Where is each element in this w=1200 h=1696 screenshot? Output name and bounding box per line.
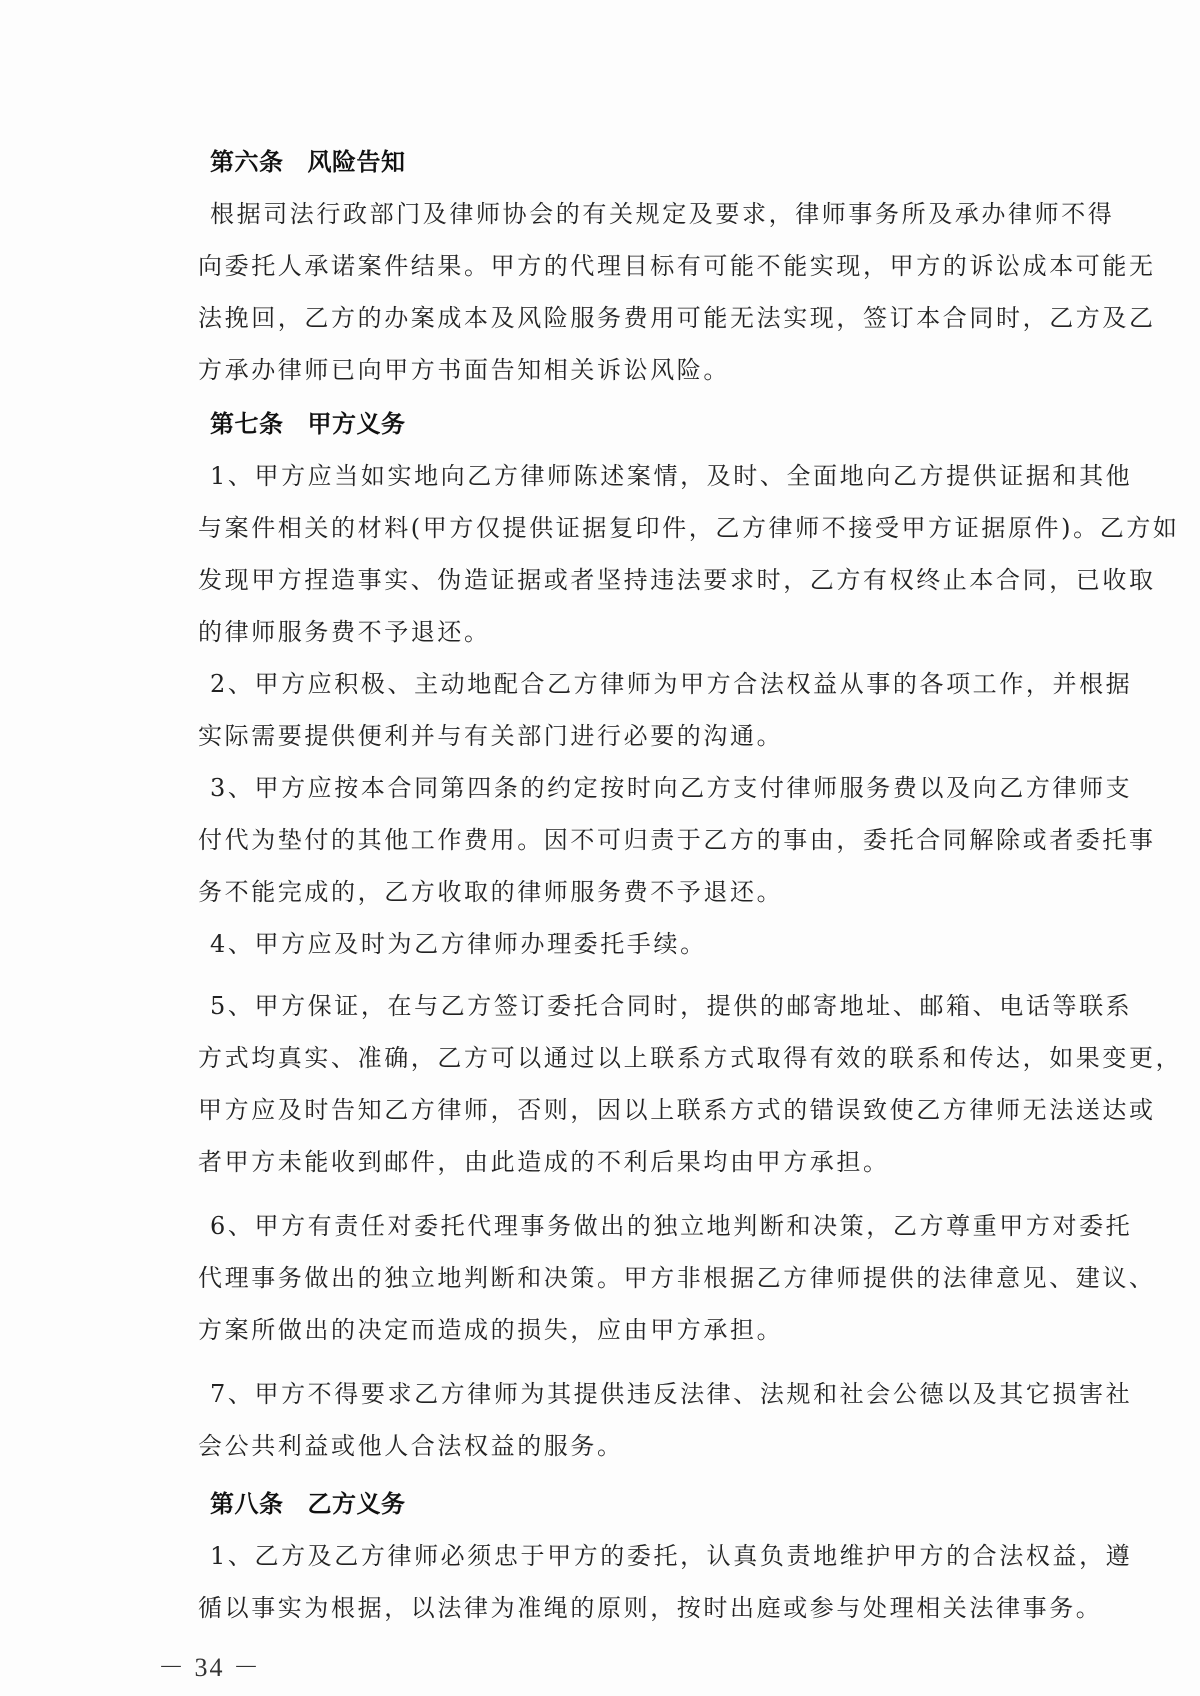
paragraph-line: 务不能完成的，乙方收取的律师服务费不予退还。 (198, 876, 1036, 908)
paragraph-line: 1、甲方应当如实地向乙方律师陈述案情，及时、全面地向乙方提供证据和其他 (210, 460, 1048, 492)
paragraph-line: 方承办律师已向甲方书面告知相关诉讼风险。 (198, 354, 1036, 386)
paragraph-line: 发现甲方捏造事实、伪造证据或者坚持违法要求时，乙方有权终止本合同，已收取 (198, 564, 1036, 596)
paragraph-line: 根据司法行政部门及律师协会的有关规定及要求，律师事务所及承办律师不得 (210, 198, 1048, 230)
paragraph-line: 1、乙方及乙方律师必须忠于甲方的委托，认真负责地维护甲方的合法权益，遵 (210, 1540, 1048, 1572)
section-number: 第六条 (210, 148, 284, 176)
paragraph-line: 代理事务做出的独立地判断和决策。甲方非根据乙方律师提供的法律意见、建议、 (198, 1262, 1036, 1294)
document-page: 第六条风险告知 根据司法行政部门及律师协会的有关规定及要求，律师事务所及承办律师… (0, 0, 1200, 1696)
paragraph-line: 5、甲方保证，在与乙方签订委托合同时，提供的邮寄地址、邮箱、电话等联系 (210, 990, 1048, 1022)
paragraph-line: 2、甲方应积极、主动地配合乙方律师为甲方合法权益从事的各项工作，并根据 (210, 668, 1048, 700)
section-heading-7: 第七条甲方义务 (210, 408, 406, 440)
paragraph-line: 甲方应及时告知乙方律师，否则，因以上联系方式的错误致使乙方律师无法送达或 (198, 1094, 1036, 1126)
paragraph-line: 循以事实为根据，以法律为准绳的原则，按时出庭或参与处理相关法律事务。 (198, 1592, 1036, 1624)
paragraph-line: 实际需要提供便利并与有关部门进行必要的沟通。 (198, 720, 1036, 752)
section-title: 乙方义务 (308, 1490, 406, 1518)
paragraph-line: 6、甲方有责任对委托代理事务做出的独立地判断和决策，乙方尊重甲方对委托 (210, 1210, 1048, 1242)
paragraph-line: 会公共利益或他人合法权益的服务。 (198, 1430, 1036, 1462)
page-number: － 34 － (158, 1652, 261, 1684)
paragraph-line: 法挽回，乙方的办案成本及风险服务费用可能无法实现，签订本合同时，乙方及乙 (198, 302, 1036, 334)
paragraph-line: 7、甲方不得要求乙方律师为其提供违反法律、法规和社会公德以及其它损害社 (210, 1378, 1048, 1410)
paragraph-line: 方案所做出的决定而造成的损失，应由甲方承担。 (198, 1314, 1036, 1346)
section-heading-6: 第六条风险告知 (210, 146, 406, 178)
paragraph-line: 方式均真实、准确，乙方可以通过以上联系方式取得有效的联系和传达，如果变更， (198, 1042, 1036, 1074)
section-heading-8: 第八条乙方义务 (210, 1488, 406, 1520)
section-title: 甲方义务 (308, 410, 406, 438)
section-number: 第七条 (210, 410, 284, 438)
paragraph-line: 与案件相关的材料(甲方仅提供证据复印件，乙方律师不接受甲方证据原件)。乙方如 (198, 512, 1036, 544)
section-title: 风险告知 (308, 148, 406, 176)
paragraph-line: 3、甲方应按本合同第四条的约定按时向乙方支付律师服务费以及向乙方律师支 (210, 772, 1048, 804)
paragraph-line: 向委托人承诺案件结果。甲方的代理目标有可能不能实现，甲方的诉讼成本可能无 (198, 250, 1036, 282)
paragraph-line: 4、甲方应及时为乙方律师办理委托手续。 (210, 928, 1048, 960)
paragraph-line: 付代为垫付的其他工作费用。因不可归责于乙方的事由，委托合同解除或者委托事 (198, 824, 1036, 856)
paragraph-line: 者甲方未能收到邮件，由此造成的不利后果均由甲方承担。 (198, 1146, 1036, 1178)
section-number: 第八条 (210, 1490, 284, 1518)
paragraph-line: 的律师服务费不予退还。 (198, 616, 1036, 648)
